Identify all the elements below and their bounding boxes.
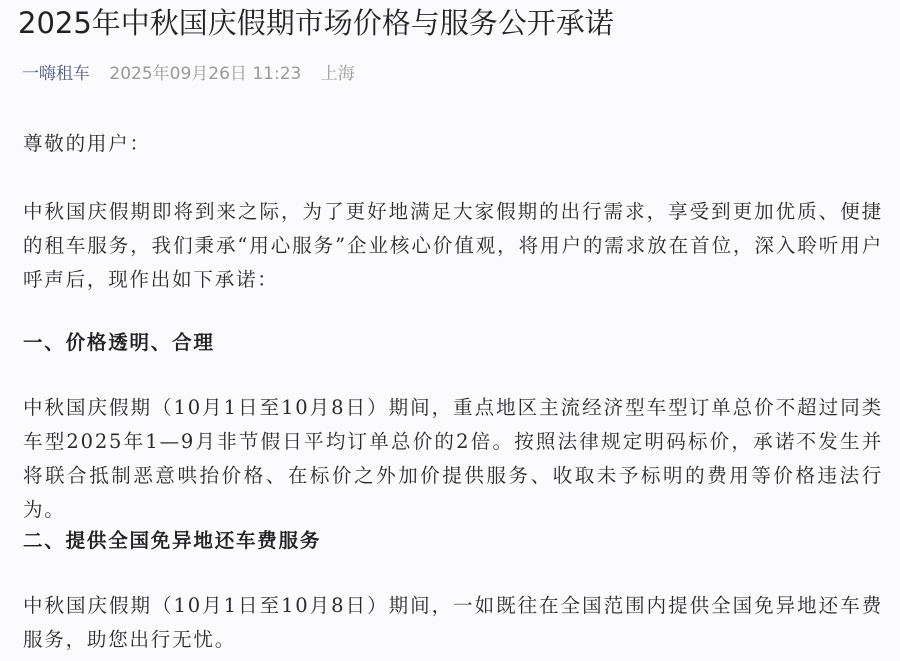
intro-paragraph: 中秋国庆假期即将到来之际，为了更好地满足大家假期的出行需求，享受到更加优质、便捷… — [23, 195, 883, 297]
section-paragraph-price: 中秋国庆假期（10月1日至10月8日）期间，重点地区主流经济型车型订单总价不超过… — [23, 391, 883, 527]
section-heading-price: 一、价格透明、合理 — [23, 326, 215, 360]
section-heading-return-fee: 二、提供全国免异地还车费服务 — [23, 524, 321, 558]
publish-location: 上海 — [321, 64, 355, 84]
author-link[interactable]: 一嗨租车 — [22, 64, 90, 84]
article-meta: 一嗨租车 2025年09月26日 11:23 上海 — [22, 62, 355, 86]
greeting: 尊敬的用户： — [23, 127, 883, 161]
publish-date: 2025年09月26日 11:23 — [109, 64, 301, 84]
section-paragraph-return-fee: 中秋国庆假期（10月1日至10月8日）期间，一如既往在全国范围内提供全国免异地还… — [23, 589, 883, 657]
article-title: 2025年中秋国庆假期市场价格与服务公开承诺 — [18, 3, 614, 43]
